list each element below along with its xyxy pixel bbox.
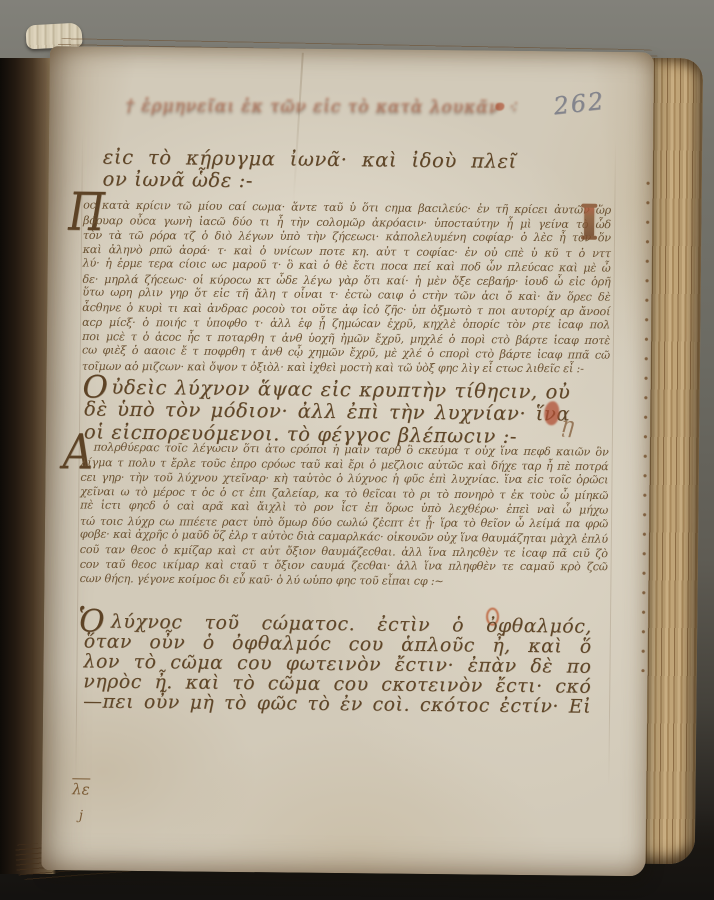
manuscript-text-line: ον ἰωνᾶ ὧδε :- (102, 169, 516, 196)
quire-signature-sub: ϳ (79, 808, 83, 823)
commentary-1-lines: οϲ κατὰ κρίϲιν τῶ μίου ϲαί ϲωμα· ἅντε τα… (82, 199, 611, 378)
manuscript-text-line: ϲει γηρ· τὴν τοῦ λύχνου χτεῖναρ· κὴ ταὐτ… (80, 471, 608, 488)
folio-number: 262 (552, 87, 607, 121)
lemma-luke-eye: λύχνοϲ τοῦ ϲώματοϲ. ἐϲτὶν ὁ ὀφθαλμόϲ,ὅτα… (83, 612, 592, 718)
manuscript-page: † ἑρμηνεῖαι ἐκ τῶν εἰϲ τὸ κατὰ λουκᾶν ⁘ … (41, 46, 654, 876)
marginal-letter-mark: ῃ (560, 413, 575, 439)
commentary-block-1: οϲ κατὰ κρίϲιν τῶ μίου ϲαί ϲωμα· ἅντε τα… (82, 199, 611, 378)
heading-jonah: εἰϲ τὸ κήρυγμα ἰωνᾶ· καὶ ἰδοὺ πλεῖον ἰων… (102, 147, 516, 196)
quire-signature-text: λε (72, 778, 90, 798)
commentary-block-2: πολρθύεραϲ τοῖϲ λέγωϲιν ὅτι ἀτο ϲρόποι ἡ… (80, 441, 609, 591)
heading-jonah-lines: εἰϲ τὸ κήρυγμα ἰωνᾶ· καὶ ἰδοὺ πλεῖον ἰων… (102, 147, 516, 196)
lemma-luke-lamp: ὐδεὶϲ λύχνον ἅψαϲ εἰϲ κρυπτὴν τίθηϲιν, ο… (84, 376, 571, 448)
manuscript-photo: † ἑρμηνεῖαι ἐκ τῶν εἰϲ τὸ κατὰ λουκᾶν ⁘ … (0, 0, 714, 900)
lemma-eye-lines: λύχνοϲ τοῦ ϲώματοϲ. ἐϲτὶν ὁ ὀφθαλμόϲ,ὅτα… (83, 612, 592, 718)
manuscript-text-line: τοῖμων αὁ μιζϲων· καὶ ὄψον τ ὀξιὸλ· καὶ … (82, 360, 610, 377)
manuscript-text-line: ϲων θήϲη. γέγονε κοίμοϲ δι εὖ καῦ· ὁ λύ … (80, 572, 608, 591)
commentary-2-lines: πολρθύεραϲ τοῖϲ λέγωϲιν ὅτι ἀτο ϲρόποι ἡ… (80, 441, 609, 591)
manuscript-text-line: —πει οὖν μὴ τὸ φῶϲ τὸ ἐν ϲοὶ. ϲκότοϲ ἐϲτ… (83, 693, 591, 718)
lemma-lamp-lines: ὐδεὶϲ λύχνον ἅψαϲ εἰϲ κρυπτὴν τίθηϲιν, ο… (84, 376, 571, 448)
manuscript-text-line: αϲρ μίϲξ· ὁ ποιήϲ τ ὑποφθο τ· ἀλλ ἐφ ᾗ ζ… (82, 316, 610, 333)
marginal-ornament-initial (584, 206, 594, 238)
quire-signature: λε (72, 778, 90, 798)
manuscript-text-line: τὸν τὰ τῶ ρόρα τζ ὁ διὸ λέγων ὑπὸ τὴν ζή… (83, 229, 611, 246)
manuscript-text-line: ϲον ταῦ θεοϲ ικίμαρ καὶ ϲταῦ τ ὄξιον ϲαυ… (80, 558, 608, 575)
rubric-title: † ἑρμηνεῖαι ἐκ τῶν εἰϲ τὸ κατὰ λουκᾶν ⁘ (125, 96, 517, 127)
